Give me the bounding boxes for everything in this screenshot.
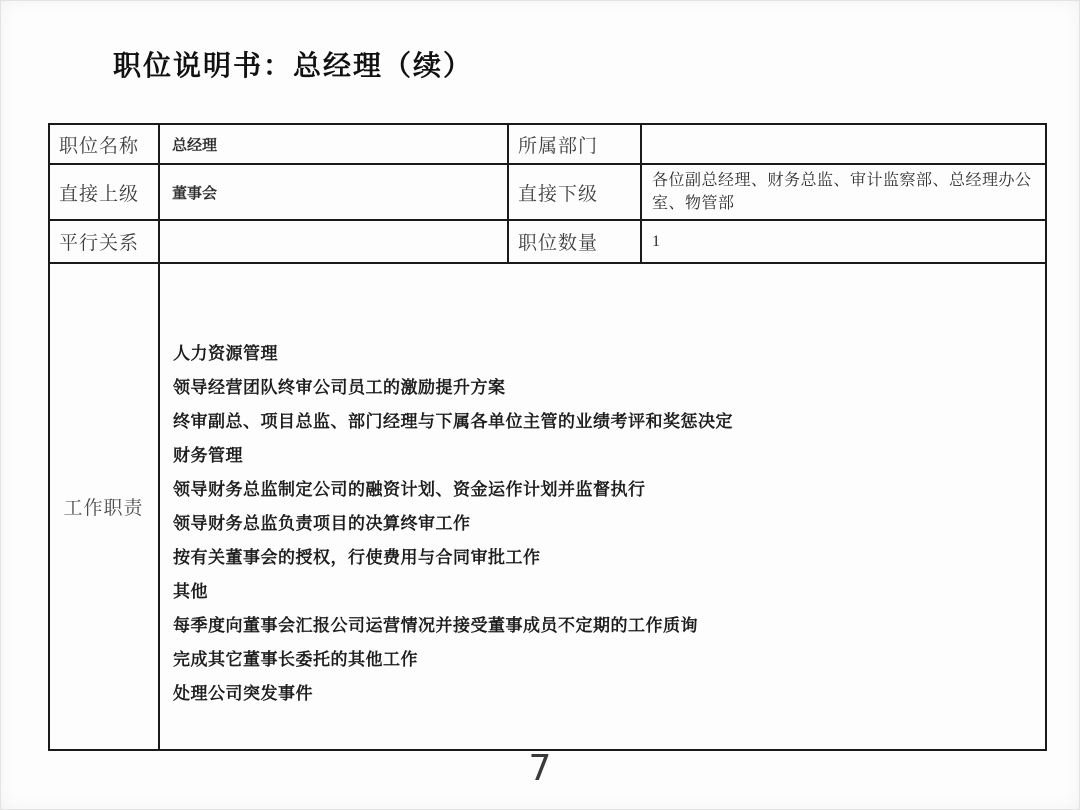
duty-line: 领导财务总监负责项目的决算终审工作	[173, 507, 1035, 541]
duty-line: 完成其它董事长委托的其他工作	[173, 643, 1035, 677]
duty-line: 领导经营团队终审公司员工的激励提升方案	[173, 371, 1035, 405]
duties-label: 工作职责	[49, 263, 159, 750]
duties-content-cell: 人力资源管理 领导经营团队终审公司员工的激励提升方案 终审副总、项目总监、部门经…	[159, 263, 1046, 750]
parallel-relation-value	[159, 220, 508, 263]
slide-page: 职位说明书：总经理（续） 职位名称 总经理 所属部门 直接上级 董事会 直接下级…	[0, 0, 1080, 810]
page-title: 职位说明书：总经理（续）	[113, 44, 473, 84]
direct-subordinate-label: 直接下级	[508, 164, 641, 220]
duty-line: 终审副总、项目总监、部门经理与下属各单位主管的业绩考评和奖惩决定	[173, 405, 1035, 439]
table-row: 直接上级 董事会 直接下级 各位副总经理、财务总监、审计监察部、总经理办公室、物…	[49, 164, 1046, 220]
direct-superior-value: 董事会	[159, 164, 508, 220]
table-row: 职位名称 总经理 所属部门	[49, 124, 1046, 164]
duty-line: 其他	[173, 575, 1035, 609]
duty-line: 领导财务总监制定公司的融资计划、资金运作计划并监督执行	[173, 473, 1035, 507]
duty-line: 按有关董事会的授权，行使费用与合同审批工作	[173, 541, 1035, 575]
duty-line: 人力资源管理	[173, 337, 1035, 371]
page-number: 7	[0, 748, 1080, 789]
direct-superior-label: 直接上级	[49, 164, 159, 220]
job-description-table: 职位名称 总经理 所属部门 直接上级 董事会 直接下级 各位副总经理、财务总监、…	[48, 123, 1047, 751]
table-row: 平行关系 职位数量 1	[49, 220, 1046, 263]
direct-subordinate-value: 各位副总经理、财务总监、审计监察部、总经理办公室、物管部	[641, 164, 1046, 220]
position-count-value: 1	[641, 220, 1046, 263]
duty-line: 处理公司突发事件	[173, 677, 1035, 711]
department-value	[641, 124, 1046, 164]
table-row-duties: 工作职责 人力资源管理 领导经营团队终审公司员工的激励提升方案 终审副总、项目总…	[49, 263, 1046, 750]
parallel-relation-label: 平行关系	[49, 220, 159, 263]
department-label: 所属部门	[508, 124, 641, 164]
position-count-label: 职位数量	[508, 220, 641, 263]
position-name-label: 职位名称	[49, 124, 159, 164]
position-name-value: 总经理	[159, 124, 508, 164]
duty-line: 财务管理	[173, 439, 1035, 473]
duty-line: 每季度向董事会汇报公司运营情况并接受董事成员不定期的工作质询	[173, 609, 1035, 643]
